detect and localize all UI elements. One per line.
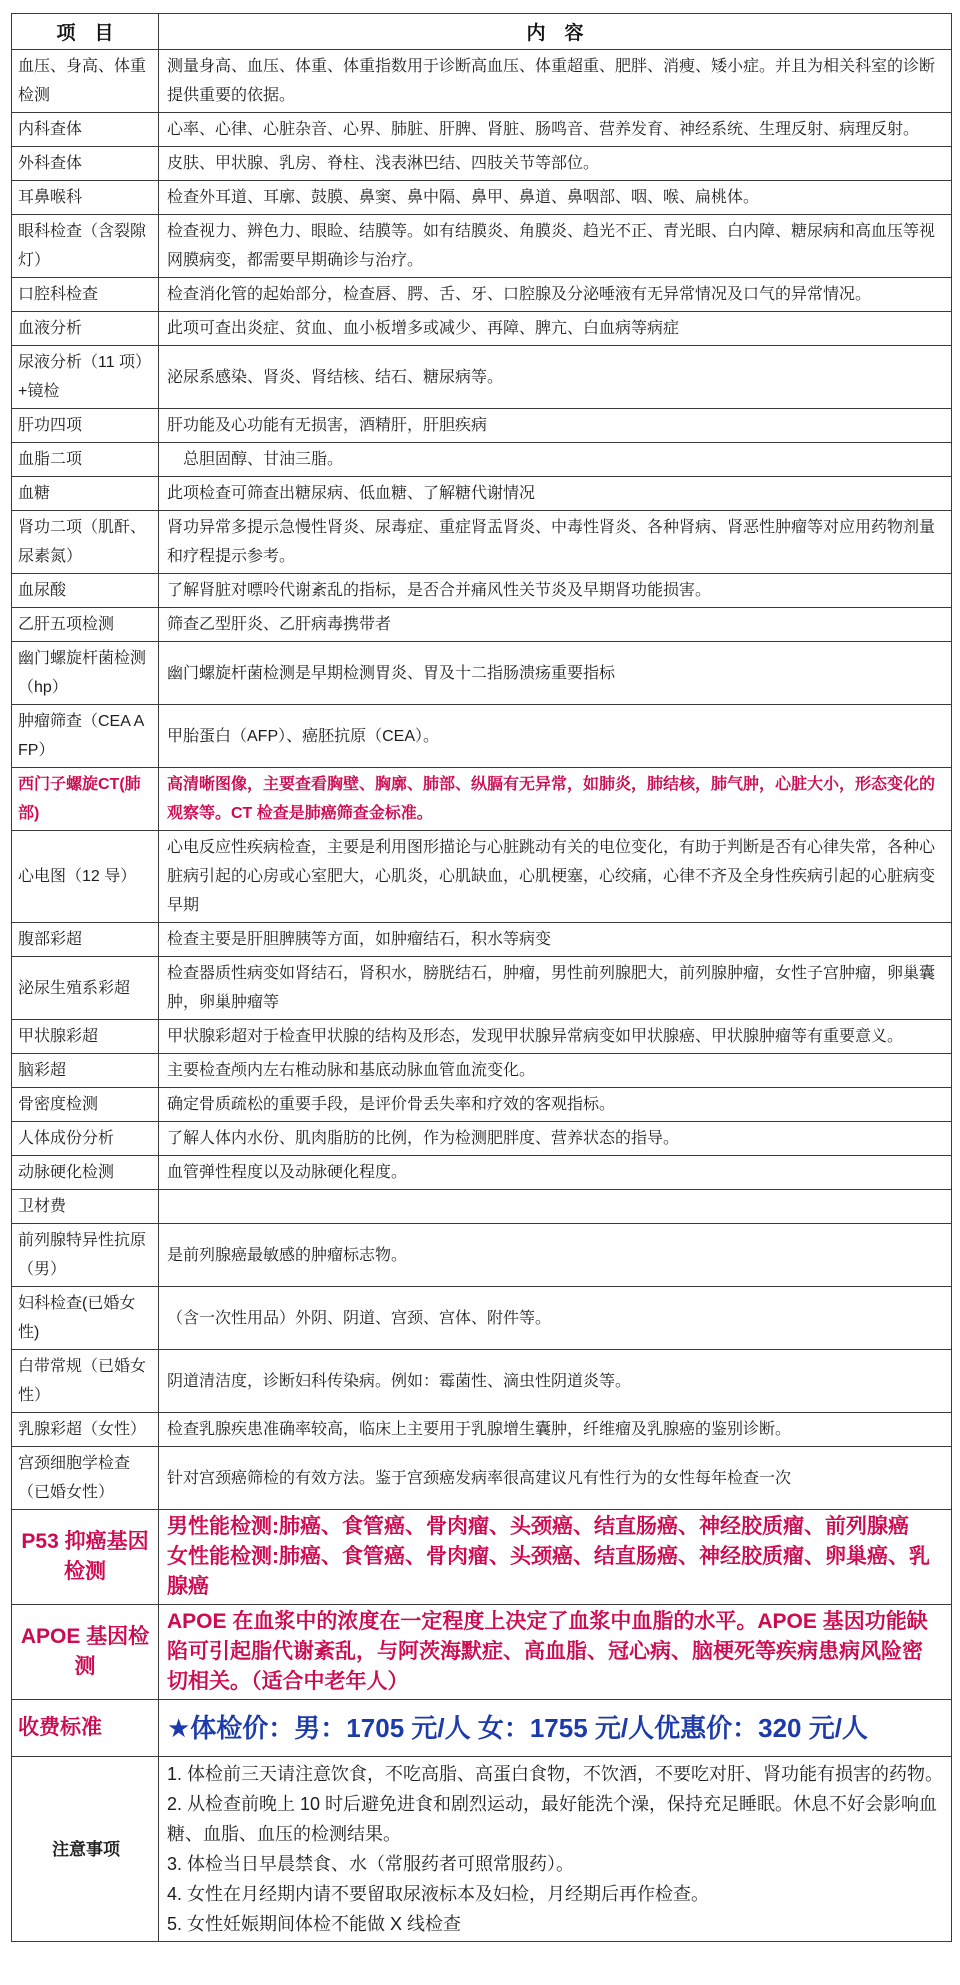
table-row: P53 抑癌基因检测 男性能检测:肺癌、食管癌、骨肉瘤、头颈癌、结直肠癌、神经胶… [12, 1510, 952, 1605]
item-name-cell: 人体成份分析 [12, 1122, 159, 1156]
exam-table-body: 血压、身高、体重检测 测量身高、血压、体重、体重指数用于诊断高血压、体重超重、肥… [12, 50, 952, 1942]
item-name-cell: 妇科检查(已婚女性) [12, 1287, 159, 1350]
table-row: 血压、身高、体重检测 测量身高、血压、体重、体重指数用于诊断高血压、体重超重、肥… [12, 50, 952, 113]
table-row: 动脉硬化检测 血管弹性程度以及动脉硬化程度。 [12, 1156, 952, 1190]
item-description-cell: 心电反应性疾病检查，主要是利用图形描论与心脏跳动有关的电位变化，有助于判断是否有… [159, 831, 952, 923]
item-name-cell: 注意事项 [12, 1757, 159, 1942]
item-name-cell: P53 抑癌基因检测 [12, 1510, 159, 1605]
item-name-cell: 腹部彩超 [12, 923, 159, 957]
item-name-cell: 收费标准 [12, 1700, 159, 1757]
item-description-cell: 甲状腺彩超对于检查甲状腺的结构及形态，发现甲状腺异常病变如甲状腺癌、甲状腺肿瘤等… [159, 1020, 952, 1054]
item-name-cell: 尿液分析（11 项）+镜检 [12, 346, 159, 409]
item-name-cell: 口腔科检查 [12, 278, 159, 312]
item-name-cell: 西门子螺旋CT(肺部) [12, 768, 159, 831]
table-row: 脑彩超 主要检查颅内左右椎动脉和基底动脉血管血流变化。 [12, 1054, 952, 1088]
item-description-cell: 肾功异常多提示急慢性肾炎、尿毒症、重症肾盂肾炎、中毒性肾炎、各种肾病、肾恶性肿瘤… [159, 511, 952, 574]
table-row: 前列腺特异性抗原（男） 是前列腺癌最敏感的肿瘤标志物。 [12, 1224, 952, 1287]
item-name-cell: 幽门螺旋杆菌检测（hp） [12, 642, 159, 705]
item-description-cell: 泌尿系感染、肾炎、肾结核、结石、糖尿病等。 [159, 346, 952, 409]
item-description-cell: 检查主要是肝胆脾胰等方面，如肿瘤结石，积水等病变 [159, 923, 952, 957]
item-description-cell: 高清晰图像，主要查看胸壁、胸廓、肺部、纵膈有无异常，如肺炎，肺结核，肺气肿，心脏… [159, 768, 952, 831]
item-description-cell: 检查乳腺疾患准确率较高，临床上主要用于乳腺增生囊肿，纤维瘤及乳腺癌的鉴别诊断。 [159, 1413, 952, 1447]
table-row: 腹部彩超 检查主要是肝胆脾胰等方面，如肿瘤结石，积水等病变 [12, 923, 952, 957]
table-row: 宫颈细胞学检查（已婚女性） 针对宫颈癌筛检的有效方法。鉴于宫颈癌发病率很高建议凡… [12, 1447, 952, 1510]
item-name-cell: APOE 基因检测 [12, 1605, 159, 1700]
table-row: 注意事项 1. 体检前三天请注意饮食，不吃高脂、高蛋白食物，不饮酒，不要吃对肝、… [12, 1757, 952, 1942]
item-name-cell: 白带常规（已婚女性） [12, 1350, 159, 1413]
table-row: 内科查体 心率、心律、心脏杂音、心界、肺脏、肝脾、肾脏、肠鸣音、营养发育、神经系… [12, 113, 952, 147]
item-description-cell: 总胆固醇、甘油三脂。 [159, 443, 952, 477]
item-name-cell: 眼科检查（含裂隙灯） [12, 215, 159, 278]
item-name-cell: 泌尿生殖系彩超 [12, 957, 159, 1020]
item-name-cell: 心电图（12 导） [12, 831, 159, 923]
item-description-cell: 皮肤、甲状腺、乳房、脊柱、浅表淋巴结、四肢关节等部位。 [159, 147, 952, 181]
table-row: 血尿酸 了解肾脏对嘌呤代谢紊乱的指标，是否合并痛风性关节炎及早期肾功能损害。 [12, 574, 952, 608]
item-description-cell: 了解人体内水份、肌肉脂肪的比例，作为检测肥胖度、营养状态的指导。 [159, 1122, 952, 1156]
table-row: 外科查体 皮肤、甲状腺、乳房、脊柱、浅表淋巴结、四肢关节等部位。 [12, 147, 952, 181]
item-description-cell: 心率、心律、心脏杂音、心界、肺脏、肝脾、肾脏、肠鸣音、营养发育、神经系统、生理反… [159, 113, 952, 147]
item-description-cell: 筛查乙型肝炎、乙肝病毒携带者 [159, 608, 952, 642]
column-header-item: 项 目 [12, 14, 159, 50]
table-row: 血液分析 此项可查出炎症、贫血、血小板增多或减少、再障、脾亢、白血病等病症 [12, 312, 952, 346]
table-row: 泌尿生殖系彩超 检查器质性病变如肾结石，肾积水，膀胱结石，肿瘤，男性前列腺肥大，… [12, 957, 952, 1020]
item-name-cell: 肿瘤筛查（CEA AFP） [12, 705, 159, 768]
item-name-cell: 外科查体 [12, 147, 159, 181]
column-header-content: 内 容 [159, 14, 952, 50]
item-name-cell: 肝功四项 [12, 409, 159, 443]
exam-items-table: 项 目 内 容 血压、身高、体重检测 测量身高、血压、体重、体重指数用于诊断高血… [11, 13, 952, 1942]
item-description-cell: 检查外耳道、耳廓、鼓膜、鼻窦、鼻中隔、鼻甲、鼻道、鼻咽部、咽、喉、扁桃体。 [159, 181, 952, 215]
table-row: 收费标准 ★体检价：男：1705 元/人 女：1755 元/人优惠价：320 元… [12, 1700, 952, 1757]
item-description-cell: 甲胎蛋白（AFP）、癌胚抗原（CEA）。 [159, 705, 952, 768]
table-row: 尿液分析（11 项）+镜检 泌尿系感染、肾炎、肾结核、结石、糖尿病等。 [12, 346, 952, 409]
item-description-cell [159, 1190, 952, 1224]
table-row: 血脂二项 总胆固醇、甘油三脂。 [12, 443, 952, 477]
item-name-cell: 卫材费 [12, 1190, 159, 1224]
table-row: 肿瘤筛查（CEA AFP） 甲胎蛋白（AFP）、癌胚抗原（CEA）。 [12, 705, 952, 768]
item-name-cell: 动脉硬化检测 [12, 1156, 159, 1190]
table-row: 卫材费 [12, 1190, 952, 1224]
item-description-cell: APOE 在血浆中的浓度在一定程度上决定了血浆中血脂的水平。APOE 基因功能缺… [159, 1605, 952, 1700]
table-row: 口腔科检查 检查消化管的起始部分，检查唇、腭、舌、牙、口腔腺及分泌唾液有无异常情… [12, 278, 952, 312]
table-row: 甲状腺彩超 甲状腺彩超对于检查甲状腺的结构及形态，发现甲状腺异常病变如甲状腺癌、… [12, 1020, 952, 1054]
item-name-cell: 耳鼻喉科 [12, 181, 159, 215]
table-row: 心电图（12 导） 心电反应性疾病检查，主要是利用图形描论与心脏跳动有关的电位变… [12, 831, 952, 923]
table-row: 耳鼻喉科 检查外耳道、耳廓、鼓膜、鼻窦、鼻中隔、鼻甲、鼻道、鼻咽部、咽、喉、扁桃… [12, 181, 952, 215]
table-row: 血糖 此项检查可筛查出糖尿病、低血糖、了解糖代谢情况 [12, 477, 952, 511]
item-description-cell: 1. 体检前三天请注意饮食，不吃高脂、高蛋白食物，不饮酒，不要吃对肝、肾功能有损… [159, 1757, 952, 1942]
item-name-cell: 前列腺特异性抗原（男） [12, 1224, 159, 1287]
item-description-cell: 检查视力、辨色力、眼睑、结膜等。如有结膜炎、角膜炎、趋光不正、青光眼、白内障、糖… [159, 215, 952, 278]
table-row: 乳腺彩超（女性） 检查乳腺疾患准确率较高，临床上主要用于乳腺增生囊肿，纤维瘤及乳… [12, 1413, 952, 1447]
table-row: 西门子螺旋CT(肺部) 高清晰图像，主要查看胸壁、胸廓、肺部、纵膈有无异常，如肺… [12, 768, 952, 831]
item-description-cell: 测量身高、血压、体重、体重指数用于诊断高血压、体重超重、肥胖、消瘦、矮小症。并且… [159, 50, 952, 113]
table-row: 人体成份分析 了解人体内水份、肌肉脂肪的比例，作为检测肥胖度、营养状态的指导。 [12, 1122, 952, 1156]
item-description-cell: 了解肾脏对嘌呤代谢紊乱的指标，是否合并痛风性关节炎及早期肾功能损害。 [159, 574, 952, 608]
table-row: 肾功二项（肌酐、尿素氮） 肾功异常多提示急慢性肾炎、尿毒症、重症肾盂肾炎、中毒性… [12, 511, 952, 574]
item-description-cell: 是前列腺癌最敏感的肿瘤标志物。 [159, 1224, 952, 1287]
medical-exam-package-page: 项 目 内 容 血压、身高、体重检测 测量身高、血压、体重、体重指数用于诊断高血… [0, 0, 960, 1985]
table-row: APOE 基因检测 APOE 在血浆中的浓度在一定程度上决定了血浆中血脂的水平。… [12, 1605, 952, 1700]
table-row: 幽门螺旋杆菌检测（hp） 幽门螺旋杆菌检测是早期检测胃炎、胃及十二指肠溃疡重要指… [12, 642, 952, 705]
item-description-cell: 此项检查可筛查出糖尿病、低血糖、了解糖代谢情况 [159, 477, 952, 511]
item-name-cell: 肾功二项（肌酐、尿素氮） [12, 511, 159, 574]
table-row: 骨密度检测 确定骨质疏松的重要手段，是评价骨丢失率和疗效的客观指标。 [12, 1088, 952, 1122]
item-description-cell: 阴道清洁度，诊断妇科传染病。例如：霉菌性、滴虫性阴道炎等。 [159, 1350, 952, 1413]
item-description-cell: 确定骨质疏松的重要手段，是评价骨丢失率和疗效的客观指标。 [159, 1088, 952, 1122]
item-name-cell: 血糖 [12, 477, 159, 511]
table-row: 肝功四项 肝功能及心功能有无损害，酒精肝，肝胆疾病 [12, 409, 952, 443]
item-name-cell: 骨密度检测 [12, 1088, 159, 1122]
item-description-cell: 血管弹性程度以及动脉硬化程度。 [159, 1156, 952, 1190]
item-name-cell: 血脂二项 [12, 443, 159, 477]
item-description-cell: 幽门螺旋杆菌检测是早期检测胃炎、胃及十二指肠溃疡重要指标 [159, 642, 952, 705]
item-name-cell: 宫颈细胞学检查（已婚女性） [12, 1447, 159, 1510]
item-name-cell: 内科查体 [12, 113, 159, 147]
item-name-cell: 血液分析 [12, 312, 159, 346]
item-description-cell: 主要检查颅内左右椎动脉和基底动脉血管血流变化。 [159, 1054, 952, 1088]
item-description-cell: 检查消化管的起始部分，检查唇、腭、舌、牙、口腔腺及分泌唾液有无异常情况及口气的异… [159, 278, 952, 312]
item-description-cell: ★体检价：男：1705 元/人 女：1755 元/人优惠价：320 元/人 [159, 1700, 952, 1757]
item-name-cell: 甲状腺彩超 [12, 1020, 159, 1054]
item-description-cell: 男性能检测:肺癌、食管癌、骨肉瘤、头颈癌、结直肠癌、神经胶质瘤、前列腺癌 女性能… [159, 1510, 952, 1605]
item-description-cell: 检查器质性病变如肾结石，肾积水，膀胱结石，肿瘤，男性前列腺肥大，前列腺肿瘤，女性… [159, 957, 952, 1020]
item-description-cell: （含一次性用品）外阴、阴道、宫颈、宫体、附件等。 [159, 1287, 952, 1350]
table-row: 乙肝五项检测 筛查乙型肝炎、乙肝病毒携带者 [12, 608, 952, 642]
item-description-cell: 针对宫颈癌筛检的有效方法。鉴于宫颈癌发病率很高建议凡有性行为的女性每年检查一次 [159, 1447, 952, 1510]
table-row: 妇科检查(已婚女性) （含一次性用品）外阴、阴道、宫颈、宫体、附件等。 [12, 1287, 952, 1350]
item-name-cell: 血尿酸 [12, 574, 159, 608]
item-name-cell: 乳腺彩超（女性） [12, 1413, 159, 1447]
item-name-cell: 乙肝五项检测 [12, 608, 159, 642]
item-description-cell: 此项可查出炎症、贫血、血小板增多或减少、再障、脾亢、白血病等病症 [159, 312, 952, 346]
table-header-row: 项 目 内 容 [12, 14, 952, 50]
table-row: 白带常规（已婚女性） 阴道清洁度，诊断妇科传染病。例如：霉菌性、滴虫性阴道炎等。 [12, 1350, 952, 1413]
item-name-cell: 脑彩超 [12, 1054, 159, 1088]
table-row: 眼科检查（含裂隙灯） 检查视力、辨色力、眼睑、结膜等。如有结膜炎、角膜炎、趋光不… [12, 215, 952, 278]
item-description-cell: 肝功能及心功能有无损害，酒精肝，肝胆疾病 [159, 409, 952, 443]
item-name-cell: 血压、身高、体重检测 [12, 50, 159, 113]
